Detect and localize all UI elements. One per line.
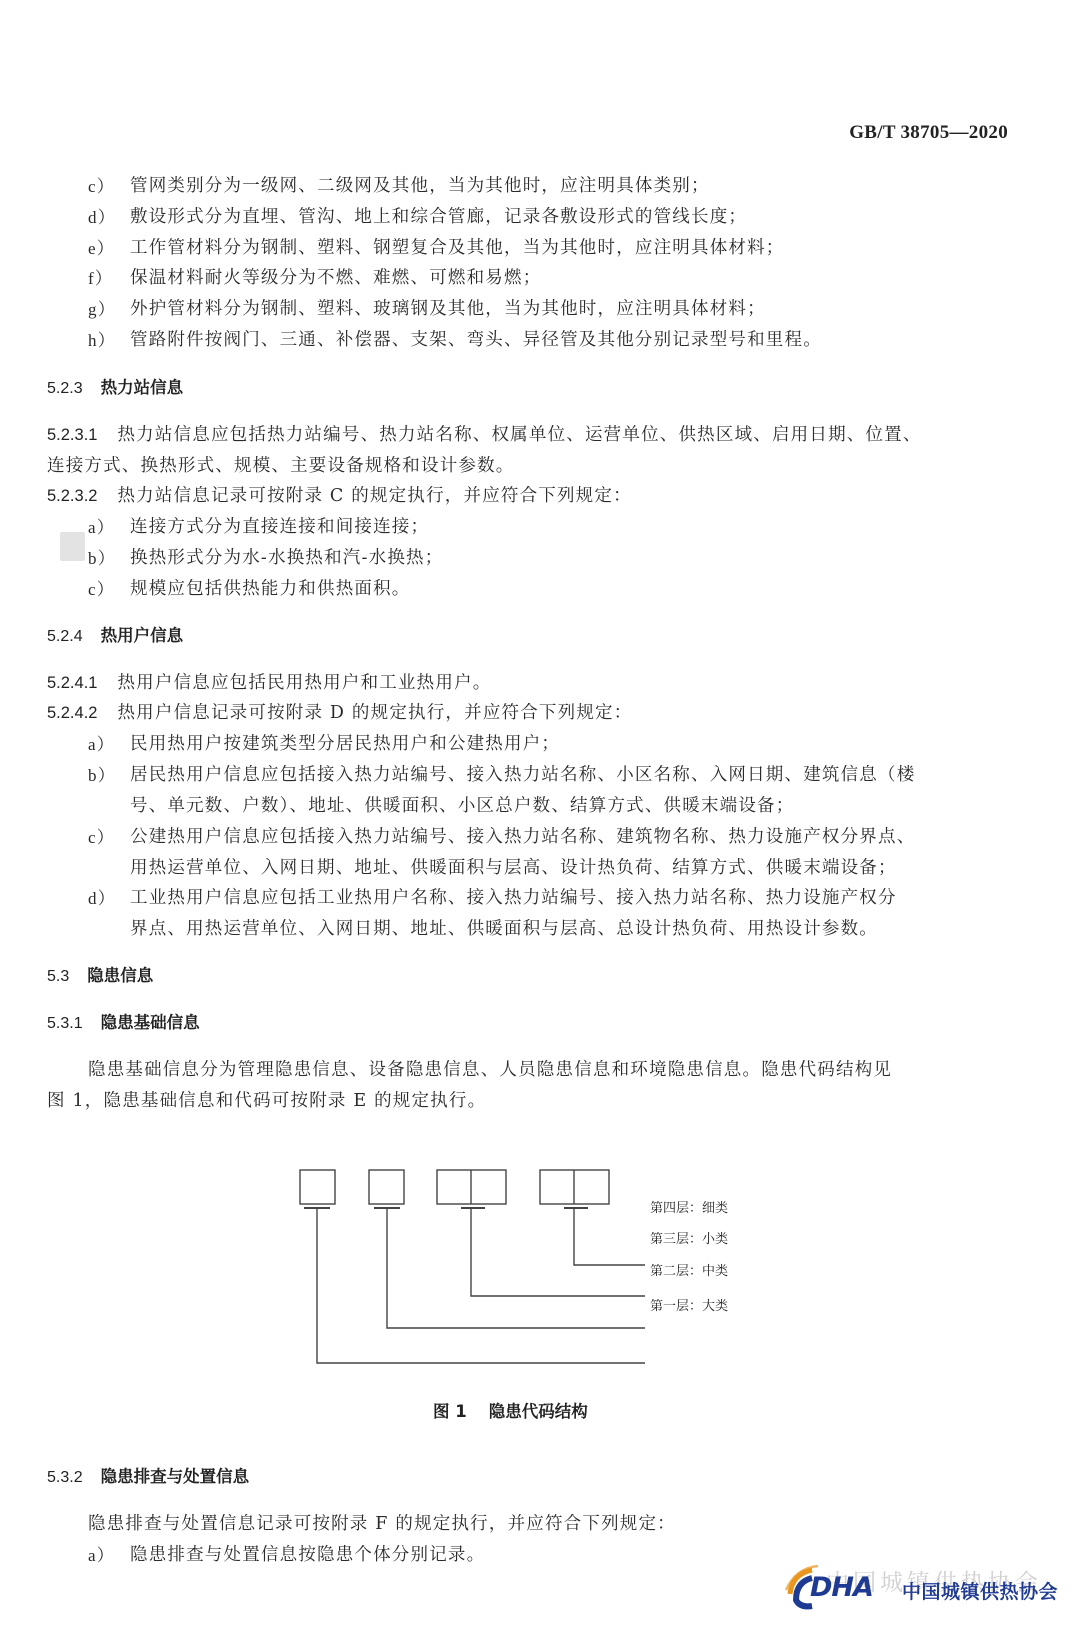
section-heading-5-3-1: 5.3.1隐患基础信息: [47, 1009, 200, 1033]
section-number: 5.2.3: [47, 380, 83, 397]
standard-code: GB/T 38705—2020: [849, 122, 1008, 144]
clause-5-2-3-1: 5.2.3.1热力站信息应包括热力站编号、热力站名称、权属单位、运营单位、供热区…: [47, 421, 922, 446]
layer-label-4: 第四层：细类: [650, 1197, 728, 1216]
section-title: 隐患信息: [87, 966, 153, 985]
section-title: 隐患基础信息: [101, 1013, 200, 1032]
section-title: 隐患排查与处置信息: [101, 1467, 250, 1486]
section-number: 5.2.4: [47, 628, 83, 645]
list-text: 保温材料耐火等级分为不燃、难燃、可燃和易燃；: [130, 264, 541, 289]
list-text: 界点、用热运营单位、入网日期、地址、供暖面积与层高、总设计热负荷、用热设计参数。: [130, 915, 878, 940]
list-text: 工业热用户信息应包括工业热用户名称、接入热力站编号、接入热力站名称、热力设施产权…: [130, 884, 897, 909]
list-label: c）: [88, 823, 115, 848]
clause-number: 5.2.4.1: [47, 674, 97, 692]
layer-label-2: 第二层：中类: [650, 1260, 728, 1279]
list-label: e）: [88, 234, 115, 259]
list-label: c）: [88, 172, 115, 197]
clause-5-2-4-2: 5.2.4.2热用户信息记录可按附录 D 的规定执行，并应符合下列规定：: [47, 699, 632, 724]
list-text: 连接方式分为直接连接和间接连接；: [130, 513, 429, 538]
code-box-layer1: [300, 1170, 335, 1204]
figure-caption: 图 1隐患代码结构: [433, 1398, 588, 1422]
layer-label-1: 第一层：大类: [650, 1295, 728, 1314]
layer-label-3: 第三层：小类: [650, 1228, 728, 1247]
cdha-watermark-logo: 中国城镇供热协会 DHA 中国城镇供热协会: [782, 1560, 1080, 1610]
list-text: 公建热用户信息应包括接入热力站编号、接入热力站名称、建筑物名称、热力设施产权分界…: [130, 823, 915, 848]
paragraph: 隐患排查与处置信息记录可按附录 F 的规定执行，并应符合下列规定：: [88, 1510, 676, 1535]
list-text: 居民热用户信息应包括接入热力站编号、接入热力站名称、小区名称、入网日期、建筑信息…: [130, 761, 915, 786]
list-text: 外护管材料分为钢制、塑料、玻璃钢及其他，当为其他时，应注明具体材料；: [130, 295, 766, 320]
list-text: 管网类别分为一级网、二级网及其他，当为其他时，应注明具体类别；: [130, 172, 710, 197]
figure-title: 隐患代码结构: [489, 1402, 588, 1421]
clause-5-2-4-1: 5.2.4.1热用户信息应包括民用热用户和工业热用户。: [47, 669, 491, 694]
clause-text: 热力站信息应包括热力站编号、热力站名称、权属单位、运营单位、供热区域、启用日期、…: [117, 425, 921, 445]
section-heading-5-2-4: 5.2.4热用户信息: [47, 622, 183, 646]
paragraph-continuation: 图 1，隐患基础信息和代码可按附录 E 的规定执行。: [47, 1087, 486, 1112]
list-label: g）: [88, 295, 116, 320]
clause-5-2-3-2: 5.2.3.2热力站信息记录可按附录 C 的规定执行，并应符合下列规定：: [47, 482, 632, 507]
list-label: d）: [88, 203, 116, 228]
list-text: 敷设形式分为直埋、管沟、地上和综合管廊，记录各敷设形式的管线长度；: [130, 203, 747, 228]
paragraph: 隐患基础信息分为管理隐患信息、设备隐患信息、人员隐患信息和环境隐患信息。隐患代码…: [88, 1056, 892, 1081]
section-heading-5-3-2: 5.3.2隐患排查与处置信息: [47, 1463, 249, 1487]
list-label: d）: [88, 884, 116, 909]
clause-text: 热用户信息记录可按附录 D 的规定执行，并应符合下列规定：: [117, 703, 632, 723]
list-label: a）: [88, 1541, 115, 1566]
section-number: 5.3.2: [47, 1469, 83, 1486]
list-text: 管路附件按阀门、三通、补偿器、支架、弯头、异径管及其他分别记录型号和里程。: [130, 326, 822, 351]
clause-number: 5.2.3.1: [47, 426, 97, 444]
list-label: h）: [88, 326, 116, 351]
list-label: c）: [88, 575, 115, 600]
clause-text: 热用户信息应包括民用热用户和工业热用户。: [117, 673, 491, 693]
clause-text: 热力站信息记录可按附录 C 的规定执行，并应符合下列规定：: [117, 486, 631, 506]
list-label: a）: [88, 513, 115, 538]
section-number: 5.3: [47, 968, 69, 985]
list-text: 隐患排查与处置信息按隐患个体分别记录。: [130, 1541, 485, 1566]
list-label: a）: [88, 730, 115, 755]
section-title: 热力站信息: [101, 378, 184, 397]
list-text: 民用热用户按建筑类型分居民热用户和公建热用户；: [130, 730, 560, 755]
list-label: b）: [88, 544, 116, 569]
section-number: 5.3.1: [47, 1015, 83, 1032]
highlight-marker: [60, 532, 85, 561]
list-text: 号、单元数、户数）、地址、供暖面积、小区总户数、结算方式、供暖末端设备；: [130, 792, 794, 817]
list-text: 用热运营单位、入网日期、地址、供暖面积与层高、设计热负荷、结算方式、供暖末端设备…: [130, 854, 897, 879]
clause-continuation: 连接方式、换热形式、规模、主要设备规格和设计参数。: [47, 452, 515, 477]
clause-number: 5.2.4.2: [47, 704, 97, 722]
list-text: 工作管材料分为钢制、塑料、钢塑复合及其他，当为其他时，应注明具体材料；: [130, 234, 785, 259]
section-title: 热用户信息: [101, 626, 184, 645]
figure-number: 图 1: [433, 1402, 467, 1421]
clause-number: 5.2.3.2: [47, 487, 97, 505]
org-name: 中国城镇供热协会: [902, 1577, 1058, 1604]
section-heading-5-3: 5.3隐患信息: [47, 962, 153, 986]
logo-text: DHA: [810, 1572, 873, 1603]
list-text: 换热形式分为水-水换热和汽-水换热；: [130, 544, 443, 569]
code-box-layer2: [369, 1170, 404, 1204]
section-heading-5-2-3: 5.2.3热力站信息: [47, 374, 183, 398]
list-text: 规模应包括供热能力和供热面积。: [130, 575, 411, 600]
list-label: f）: [88, 264, 113, 289]
list-label: b）: [88, 761, 116, 786]
